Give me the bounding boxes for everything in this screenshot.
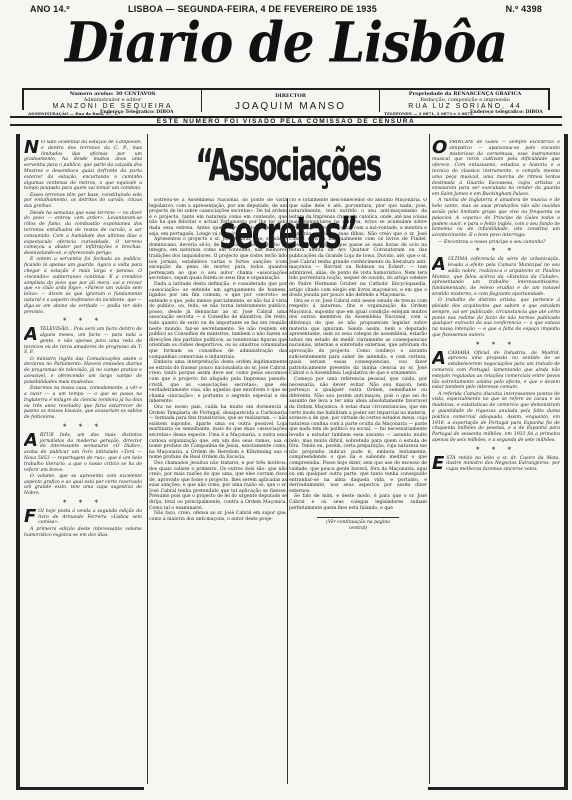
separator-stars: * * * <box>24 501 142 507</box>
paragraph: RTUR Inês, um dos mais distintos jornali… <box>24 433 142 474</box>
paragraph: A primeira edição deste interessante vol… <box>24 527 142 539</box>
paragraph: O lado ocidental da estação de Campolide… <box>24 140 142 192</box>
main-article-column-1: Estreou-se a Assembleia Nacional, do pon… <box>149 198 287 788</box>
paragraph: Desde ha semanas que esse terreno — no d… <box>24 211 142 257</box>
dropcap: A <box>432 257 446 272</box>
paragraph: Dada a latitude desta definição, e consi… <box>149 282 287 360</box>
paragraph: ULTIMA coferencia da série de urbanizaçã… <box>432 257 560 298</box>
info-box-administration: Numero avulso: 30 CENTAVOS Administrador… <box>24 90 202 112</box>
telegraph-right: Endereço telegrafico: DIBOA <box>470 110 543 115</box>
paragraph: PRINCIPE de Gales — sempre excentrico e … <box>432 140 560 198</box>
separator-stars: * * * <box>24 319 142 325</box>
censorship-banner: ESTE NUMERO FOI VISADO PELA COMISSÃO DE … <box>10 116 562 126</box>
article-campolide: N O lado ocidental da estação de Campoli… <box>24 140 142 315</box>
director-name: JOAQUIM MANSO <box>202 101 379 113</box>
separator-stars: * * * <box>432 249 560 255</box>
right-column: O PRINCIPE de Gales — sempre excentrico … <box>432 140 560 785</box>
dropcap: A <box>432 351 446 366</box>
dropcap: E <box>432 456 444 471</box>
dropcap: O <box>432 140 447 155</box>
article-camara-madrid: A CAMARA Oficial de Industria, de Madrid… <box>432 351 560 444</box>
article-caeiro-da-mata: E STÁ retido no leito o sr. dr. Caeiro d… <box>432 456 560 473</box>
paragraph: Estarmos na nossa casa, comodamente, a v… <box>24 386 142 421</box>
paragraph: Não faço, creio, ofensa ao sr. José Cabr… <box>149 511 287 522</box>
telegraph-left: Endereço Telegrafico: DIBOA <box>100 110 174 115</box>
separator-stars: * * * <box>432 448 560 454</box>
paragraph: CAMARA Oficial de Industria, de Madrid, … <box>432 351 560 392</box>
paragraph: Ora se o sr. José Cabral está nesse esta… <box>289 299 427 377</box>
paragraph: Ora no nosso país, caída ha muito em dor… <box>149 405 287 461</box>
dropcap: N <box>24 140 39 155</box>
paragraph: Estreou-se a Assembleia Nacional, do pon… <box>149 198 287 237</box>
paragraph: — Encontrou o nosso principe o seu camin… <box>432 240 560 246</box>
paragraph: O ministro inglês das Comunicações assim… <box>24 357 142 386</box>
paragraph: TELEVISÃO... Pois será um facto dentro d… <box>24 327 142 356</box>
continued-note[interactable]: (Vêr continuação na pagina central) <box>317 517 400 531</box>
separator-stars: * * * <box>24 425 142 431</box>
info-bar: Numero avulso: 30 CENTAVOS Administrador… <box>22 88 550 110</box>
paragraph: O volume, que se apresenta com excelente… <box>24 474 142 497</box>
main-headline: “Associações secretas” <box>173 132 403 200</box>
info-box-director: DIRECTOR JOAQUIM MANSO <box>202 90 380 112</box>
article-artur-ines: A RTUR Inês, um dos mais distintos jorna… <box>24 433 142 497</box>
paragraph: O trabalho do distinto artista, que pert… <box>432 298 560 339</box>
dropcap: A <box>24 327 38 342</box>
newspaper-page: ANO 14.º LISBOA — SEGUNDA-FEIRA, 4 DE FE… <box>0 0 572 800</box>
paragraph: Esses terrenos têm por base, constituind… <box>24 193 142 210</box>
paragraph: Começo por uma referencia pessoal, que c… <box>289 377 427 494</box>
director-role: DIRECTOR <box>202 93 379 99</box>
masthead-title: Diario de Lisbôa <box>50 11 522 75</box>
left-column: N O lado ocidental da estação de Campoli… <box>24 140 142 785</box>
article-conferencia-urbanizacao: A ULTIMA coferencia da série de urbaniza… <box>432 257 560 339</box>
column-rule <box>147 134 148 784</box>
paragraph: A referida Camara discutiu interessantes… <box>432 392 560 444</box>
main-article-column-2: cto é totalmente desconhecedor do assunt… <box>289 198 427 788</box>
paragraph: Se falo de mim, e deste modo, é para que… <box>289 494 427 511</box>
paragraph: OI hoje posta á venda a segunda edição d… <box>24 509 142 526</box>
paragraph: E ontem a serventia foi fechada ao publi… <box>24 257 142 315</box>
paragraph: Apresentou o projecto o sr. José Cabral,… <box>149 237 287 282</box>
column-rule <box>287 198 288 784</box>
paragraph: Dos chamados jesuitas não tratarei, e po… <box>149 461 287 511</box>
info-box-owner: Propriedade da RENASCENÇA GRAFICA Redacç… <box>380 90 550 112</box>
article-principe-de-gales: O PRINCIPE de Gales — sempre excentrico … <box>432 140 560 245</box>
paragraph: cto é totalmente desconhecedor do assunt… <box>289 198 427 299</box>
paragraph: STÁ retido no leito o sr. dr. Caeiro da … <box>432 456 560 473</box>
dropcap: A <box>24 433 38 448</box>
separator-stars: * * * <box>432 343 560 349</box>
paragraph: A rainha de Inglaterra é amadora de musi… <box>432 198 560 239</box>
article-televisao: A TELEVISÃO... Pois será um facto dentro… <box>24 327 142 421</box>
article-lisboa-sem-camisa: F OI hoje posta á venda a segunda edição… <box>24 509 142 538</box>
paragraph: Embora uma interpretação desta ordem leg… <box>149 360 287 405</box>
dropcap: F <box>24 509 36 524</box>
